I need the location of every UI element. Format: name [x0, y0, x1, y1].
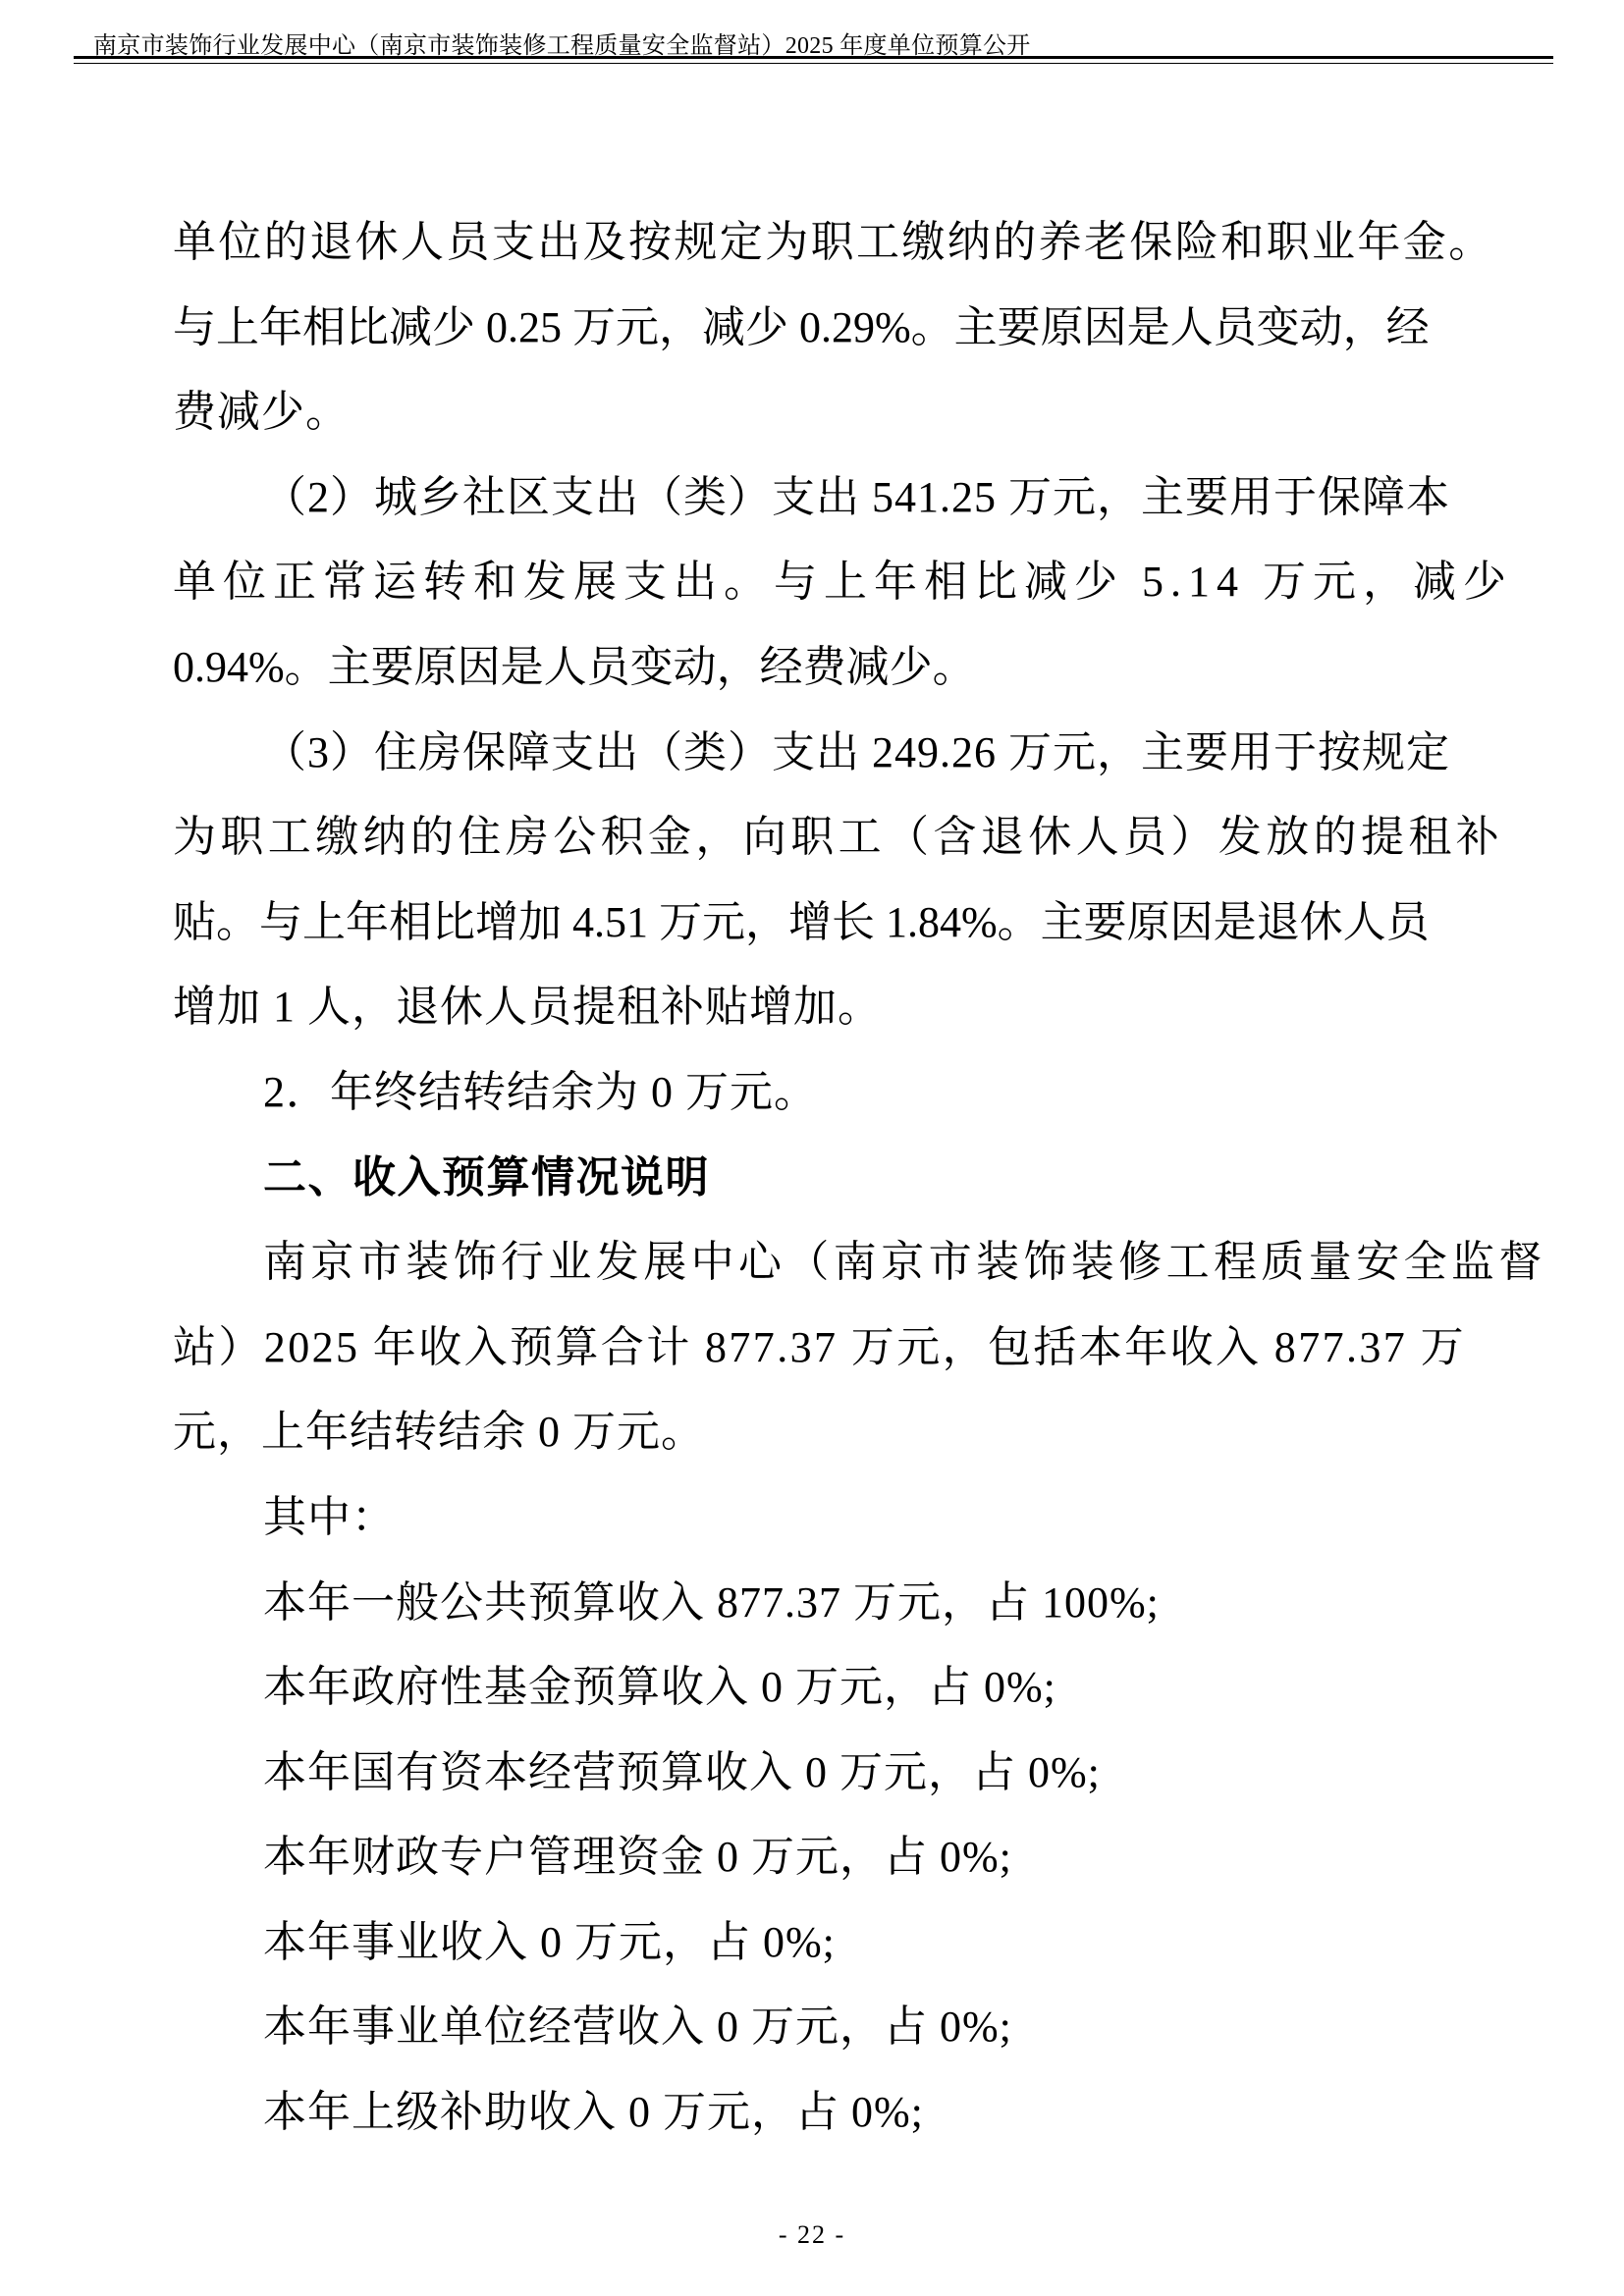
header-divider: [74, 56, 1553, 64]
document-body: 单位的退休人员支出及按规定为职工缴纳的养老保险和职业年金。 与上年相比减少 0.…: [173, 200, 1453, 2156]
body-line: 费减少。: [173, 370, 1453, 455]
body-line: 本年政府性基金预算收入 0 万元，占 0%;: [173, 1645, 1453, 1731]
section-heading: 二、收入预算情况说明: [173, 1136, 1453, 1221]
body-line: 与上年相比减少 0.25 万元，减少 0.29%。主要原因是人员变动，经: [173, 286, 1453, 371]
body-line: 增加 1 人，退休人员提租补贴增加。: [173, 965, 1453, 1050]
body-line: 元，上年结转结余 0 万元。: [173, 1390, 1453, 1475]
body-line: 0.94%。主要原因是人员变动，经费减少。: [173, 625, 1453, 711]
body-line: 贴。与上年相比增加 4.51 万元，增长 1.84%。主要原因是退休人员: [173, 881, 1453, 966]
body-line: 2．年终结转结余为 0 万元。: [173, 1050, 1453, 1136]
document-page: 南京市装饰行业发展中心（南京市装饰装修工程质量安全监督站）2025 年度单位预算…: [0, 0, 1624, 2296]
body-line: 南京市装饰行业发展中心（南京市装饰装修工程质量安全监督: [173, 1220, 1453, 1306]
body-line: 本年事业收入 0 万元，占 0%;: [173, 1900, 1453, 1986]
body-line: 本年国有资本经营预算收入 0 万元，占 0%;: [173, 1731, 1453, 1816]
body-line: 本年上级补助收入 0 万元，占 0%;: [173, 2070, 1453, 2156]
body-line: 其中：: [173, 1475, 1453, 1561]
body-line: （3）住房保障支出（类）支出 249.26 万元，主要用于按规定: [173, 711, 1453, 796]
body-line: 本年财政专户管理资金 0 万元，占 0%;: [173, 1815, 1453, 1900]
body-line: 本年一般公共预算收入 877.37 万元，占 100%;: [173, 1561, 1453, 1646]
body-line: （2）城乡社区支出（类）支出 541.25 万元，主要用于保障本: [173, 455, 1453, 541]
body-line: 单位正常运转和发展支出。与上年相比减少 5.14 万元，减少: [173, 540, 1453, 625]
body-line: 单位的退休人员支出及按规定为职工缴纳的养老保险和职业年金。: [173, 200, 1453, 286]
body-line: 站）2025 年收入预算合计 877.37 万元，包括本年收入 877.37 万: [173, 1306, 1453, 1391]
document-header-title: 南京市装饰行业发展中心（南京市装饰装修工程质量安全监督站）2025 年度单位预算…: [93, 26, 1031, 60]
body-line: 为职工缴纳的住房公积金，向职工（含退休人员）发放的提租补: [173, 795, 1453, 881]
page-number: - 22 -: [0, 2220, 1624, 2250]
body-line: 本年事业单位经营收入 0 万元，占 0%;: [173, 1985, 1453, 2070]
